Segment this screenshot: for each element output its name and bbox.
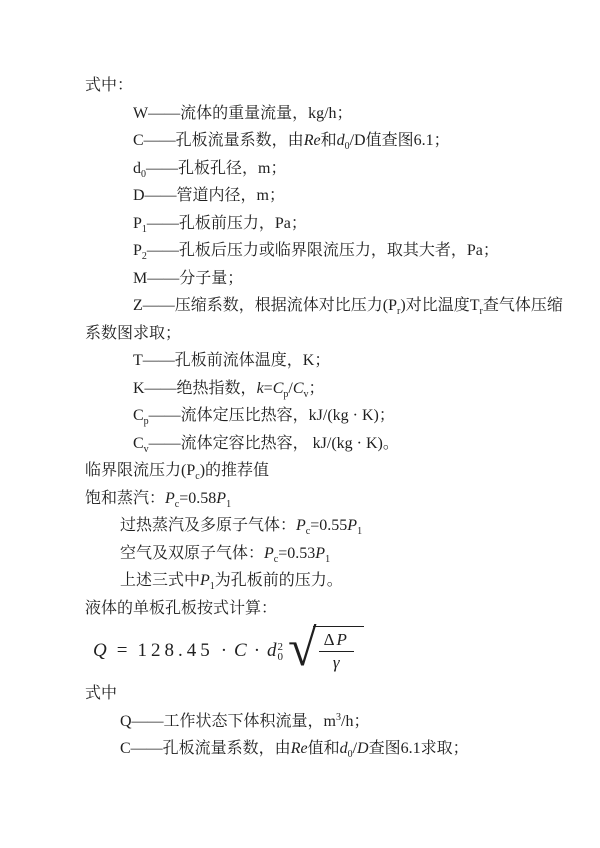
text-segment-i: P (315, 545, 325, 562)
text-segment: 式中 (85, 685, 117, 702)
text-line: 饱和蒸汽：Pc=0.58P1 (85, 485, 550, 513)
text-segment-i: Re (304, 132, 321, 149)
text-segment-i: P (216, 490, 226, 507)
text-segment: Z——压缩系数，根据流体对比压力(P (133, 297, 397, 314)
text-segment: 上述三式中 (120, 572, 200, 589)
text-segment: 值和 (308, 740, 340, 757)
text-line: 临界限流压力(Pc)的推荐值 (85, 457, 550, 485)
text-line: P2——孔板后压力或临界限流压力，取其大者，Pa； (85, 237, 550, 265)
text-line: 系数图求取； (85, 320, 550, 348)
text-segment: 查图6.1求取； (369, 740, 469, 757)
text-line: 式中 (85, 680, 550, 708)
text-line: d0——孔板孔径，m； (85, 155, 550, 183)
text-line: 式中： (85, 72, 550, 100)
text-segment-i: P (347, 517, 357, 534)
text-segment: =0.55 (310, 517, 347, 534)
text-segment: ——孔板后压力或临界限流压力，取其大者，Pa； (147, 242, 499, 259)
multiply-dot-icon: · (214, 637, 234, 665)
text-segment: D——管道内径，m； (133, 187, 285, 204)
text-segment: 饱和蒸汽： (85, 490, 165, 507)
formula-Q: Q (93, 637, 107, 665)
text-segment: ——孔板孔径，m； (146, 160, 286, 177)
text-segment: C——孔板流量系数，由 (133, 132, 304, 149)
formula-P: P (337, 630, 349, 649)
lines-after: 式中Q——工作状态下体积流量，m3/h；C——孔板流量系数，由Re值和d0/D查… (85, 680, 550, 763)
text-segment: ——流体定容比热容， kJ/(kg · K)。 (149, 435, 399, 452)
text-segment-i: P (165, 490, 175, 507)
text-line: M——分子量； (85, 265, 550, 293)
text-segment: /D值查图6.1； (350, 132, 450, 149)
text-segment-i: P (264, 545, 274, 562)
formula-C: C (234, 637, 247, 665)
text-line: 过热蒸汽及多原子气体：Pc=0.55P1 (85, 512, 550, 540)
document-page: 式中：W——流体的重量流量，kg/h；C——孔板流量系数，由Re和d0/D值查图… (0, 0, 600, 848)
text-segment: 和 (321, 132, 337, 149)
text-segment: 临界限流压力(P (85, 462, 195, 479)
text-segment: 系数图求取； (85, 325, 181, 342)
text-line: Cv——流体定容比热容， kJ/(kg · K)。 (85, 430, 550, 458)
formula-d-subscript: 0 (278, 652, 284, 662)
text-line: C——孔板流量系数，由Re值和d0/D查图6.1求取； (85, 735, 550, 763)
text-line: 上述三式中P1为孔板前的压力。 (85, 567, 550, 595)
text-line: 空气及双原子气体：Pc=0.53P1 (85, 540, 550, 568)
text-segment: =0.58 (179, 490, 216, 507)
text-segment: W——流体的重量流量，kg/h； (133, 105, 353, 122)
formula-d-scripts: 2 0 (278, 642, 284, 662)
text-segment-i: d (340, 740, 348, 757)
text-line: Z——压缩系数，根据流体对比压力(Pr)对比温度Tr查气体压缩 (85, 292, 550, 320)
text-segment-i: d (337, 132, 345, 149)
text-segment: T——孔板前流体温度，K； (133, 352, 330, 369)
text-line: P1——孔板前压力，Pa； (85, 210, 550, 238)
text-segment-i: C (273, 380, 284, 397)
fraction: ΔP γ (319, 630, 354, 673)
text-segment: /h； (341, 713, 369, 730)
text-line: K——绝热指数，k=Cp/Cv； (85, 375, 550, 403)
text-segment-i: Re (291, 740, 308, 757)
text-segment-i: D (357, 740, 369, 757)
text-segment: )对比温度T (400, 297, 479, 314)
text-segment: C (133, 435, 144, 452)
text-segment: 空气及双原子气体： (120, 545, 264, 562)
fraction-numerator: ΔP (319, 630, 354, 652)
text-line: W——流体的重量流量，kg/h； (85, 100, 550, 128)
text-segment: )的推荐值 (200, 462, 269, 479)
delta-symbol: Δ (324, 630, 337, 649)
text-line: 液体的单板孔板按式计算： (85, 595, 550, 623)
text-segment: C (133, 407, 144, 424)
text-segment: ； (309, 380, 325, 397)
text-segment: K——绝热指数， (133, 380, 257, 397)
text-segment: ——孔板前压力，Pa； (147, 215, 307, 232)
multiply-dot-icon: · (247, 637, 267, 665)
text-segment: M——分子量； (133, 270, 243, 287)
text-segment-i: C (293, 380, 304, 397)
radical-sign-icon: √ (288, 626, 317, 672)
text-segment: 式中： (85, 77, 133, 94)
text-line: T——孔板前流体温度，K； (85, 347, 550, 375)
lines-before: 式中：W——流体的重量流量，kg/h；C——孔板流量系数，由Re和d0/D值查图… (85, 72, 550, 622)
text-segment-i: P (296, 517, 306, 534)
formula-d: d (267, 637, 277, 665)
text-segment: = (264, 380, 273, 397)
fraction-denominator: γ (319, 652, 354, 673)
formula-liquid-orifice: Q = 128.45 · C · d 2 0 √ ΔP γ (93, 622, 550, 680)
text-segment-sub: 1 (357, 526, 362, 537)
text-segment: d (133, 160, 141, 177)
square-root: √ ΔP γ (288, 626, 364, 677)
document-body: 式中：W——流体的重量流量，kg/h；C——孔板流量系数，由Re和d0/D值查图… (85, 72, 550, 763)
text-segment-sub: 1 (325, 554, 330, 565)
text-segment: P (133, 242, 142, 259)
text-segment: C——孔板流量系数，由 (120, 740, 291, 757)
text-segment: 液体的单板孔板按式计算： (85, 600, 277, 617)
text-segment: 为孔板前的压力。 (215, 572, 343, 589)
text-segment: ——流体定压比热容，kJ/(kg · K)； (149, 407, 395, 424)
text-segment-sub: 1 (226, 499, 231, 510)
text-segment: Q——工作状态下体积流量，m (120, 713, 336, 730)
text-line: Cp——流体定压比热容，kJ/(kg · K)； (85, 402, 550, 430)
text-segment: 过热蒸汽及多原子气体： (120, 517, 296, 534)
equals-sign: = (107, 637, 138, 665)
formula-coefficient: 128.45 (137, 637, 213, 665)
text-line: D——管道内径，m； (85, 182, 550, 210)
radicand: ΔP γ (313, 626, 364, 677)
text-segment: P (133, 215, 142, 232)
text-segment-i: k (257, 380, 264, 397)
text-segment: =0.53 (278, 545, 315, 562)
text-line: Q——工作状态下体积流量，m3/h； (85, 708, 550, 736)
text-line: C——孔板流量系数，由Re和d0/D值查图6.1； (85, 127, 550, 155)
text-segment: 查气体压缩 (483, 297, 563, 314)
text-segment-i: P (200, 572, 210, 589)
